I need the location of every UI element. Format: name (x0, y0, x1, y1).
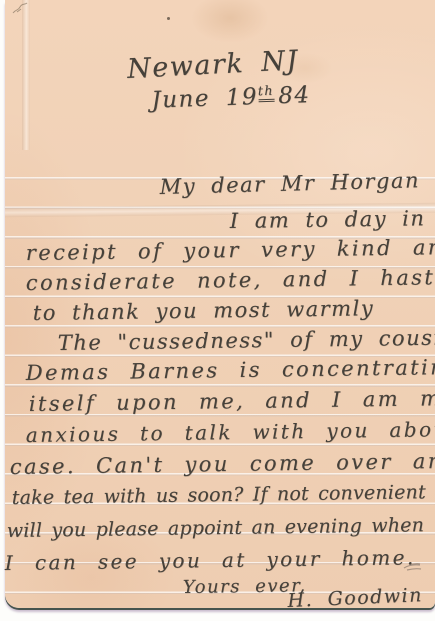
letter-date: June 19th84 (151, 81, 311, 113)
letter-line: to thank you most warmly (33, 296, 375, 325)
pencil-mark (11, 1, 35, 17)
date-year: 84 (278, 82, 311, 109)
letter-paper: Newark NJ June 19th84 My dear Mr Horgan … (5, 0, 435, 608)
smudge-mark (400, 558, 428, 574)
date-month-day: June 19 (151, 84, 258, 114)
letter-line: I am to day in (230, 206, 426, 233)
letter-place: Newark NJ (126, 45, 299, 85)
scanned-letter: Newark NJ June 19th84 My dear Mr Horgan … (0, 0, 435, 621)
signature: H. Goodwin (287, 584, 423, 612)
ink-speck (167, 17, 170, 20)
date-ordinal-suffix: th (258, 83, 275, 103)
vertical-crease (22, 0, 30, 150)
